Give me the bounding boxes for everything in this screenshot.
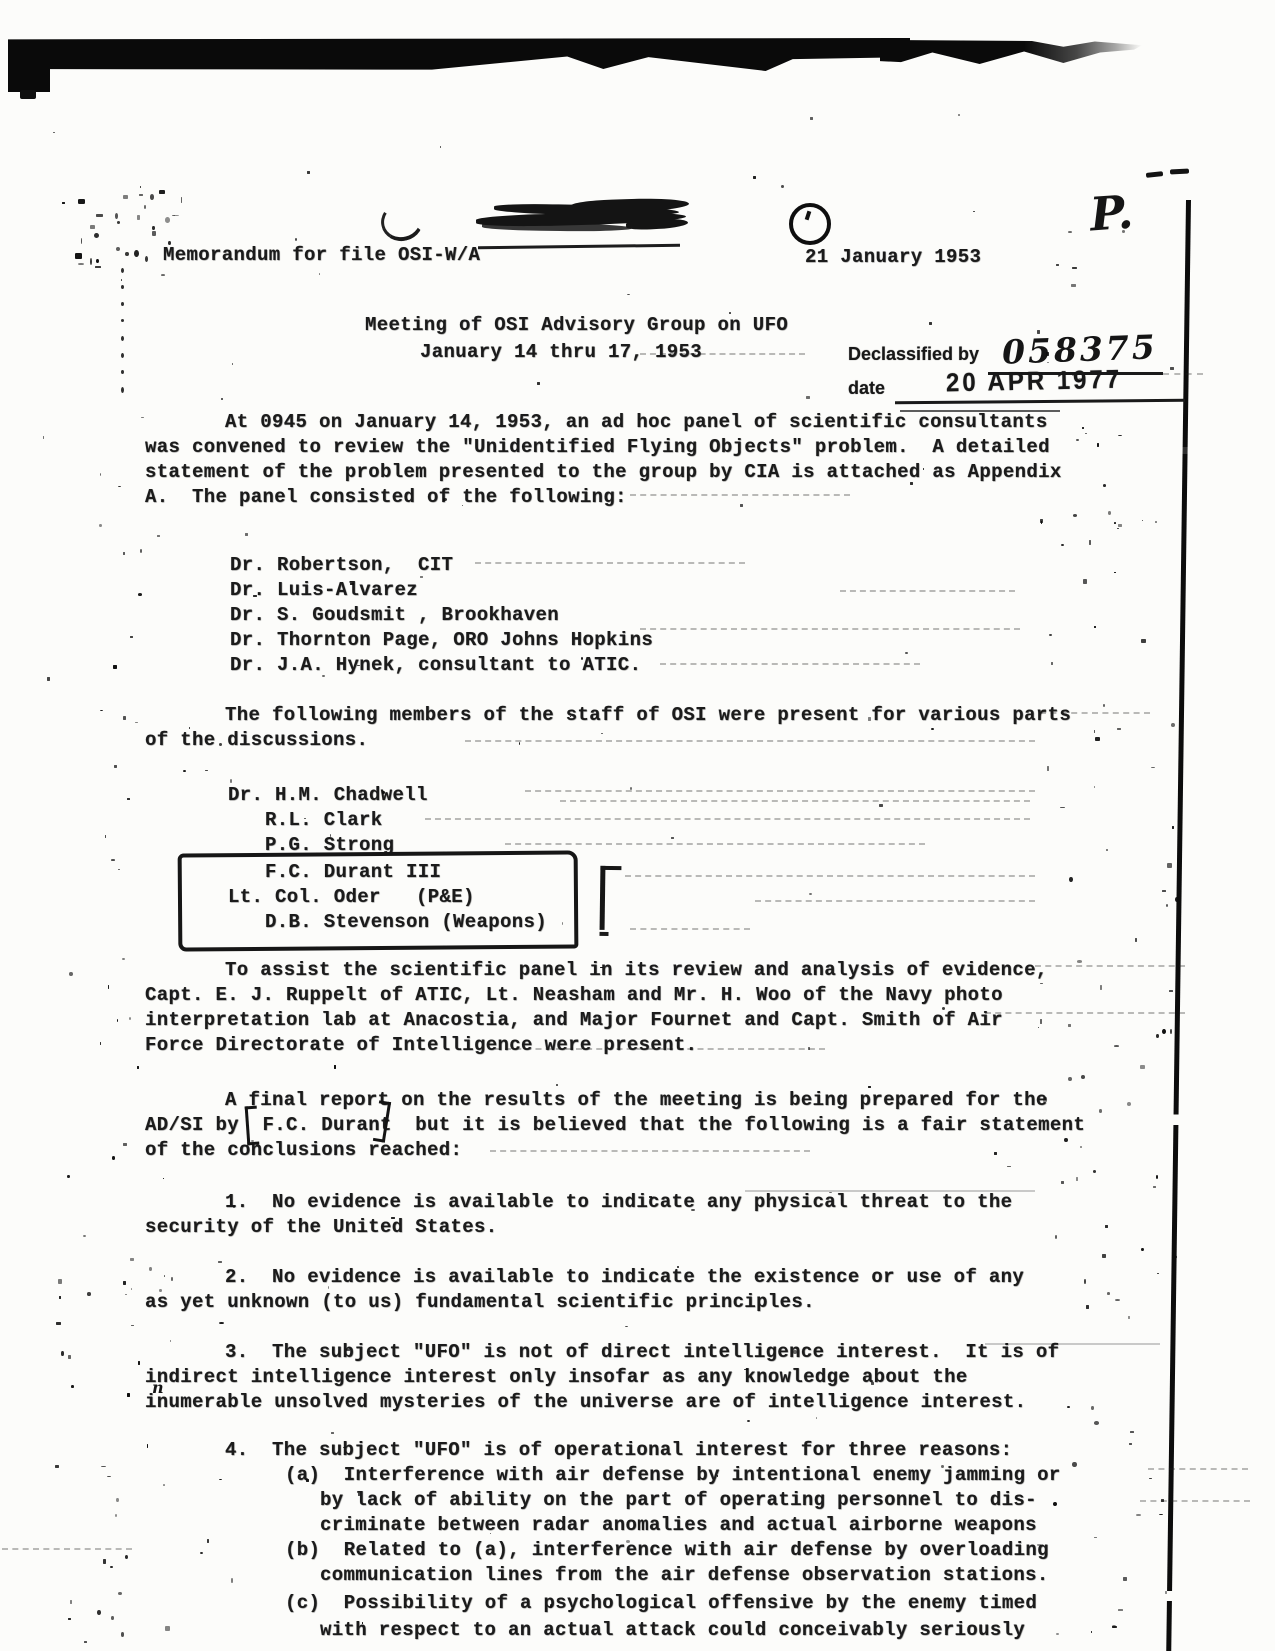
handwritten-page-mark: P. bbox=[1088, 185, 1135, 242]
scan-noise-speck bbox=[152, 226, 155, 230]
scan-noise-speck bbox=[233, 1206, 235, 1208]
scan-noise-speck bbox=[810, 117, 813, 120]
scan-noise-speck bbox=[1056, 264, 1059, 266]
scan-noise-speck bbox=[164, 1275, 165, 1277]
scan-noise-speck bbox=[973, 211, 975, 212]
scan-noise-speck bbox=[1056, 1633, 1059, 1635]
scan-noise-speck bbox=[1117, 728, 1121, 730]
scan-noise-speck bbox=[100, 1042, 101, 1045]
scan-noise-speck bbox=[90, 225, 95, 229]
scan-noise-speck bbox=[1053, 1502, 1057, 1506]
scan-noise-speck bbox=[173, 1017, 175, 1019]
scan-noise-speck bbox=[113, 665, 117, 669]
scan-noise-speck bbox=[94, 233, 99, 238]
scan-noise-speck bbox=[84, 1641, 87, 1643]
scan-noise-speck bbox=[181, 197, 182, 203]
scan-noise-speck bbox=[958, 114, 960, 116]
scan-noise-speck bbox=[173, 215, 179, 216]
scan-noise-speck bbox=[163, 1178, 164, 1179]
panel-member: Dr. Thornton Page, ORO Johns Hopkins bbox=[230, 628, 653, 652]
scan-noise-speck bbox=[122, 958, 125, 960]
scan-noise-speck bbox=[868, 1086, 871, 1088]
scan-noise-speck bbox=[131, 1325, 134, 1326]
scan-noise-speck bbox=[440, 146, 441, 148]
conclusion-4c-line: with respect to an actual attack could c… bbox=[320, 1618, 1025, 1642]
scan-noise-speck bbox=[1162, 890, 1166, 892]
scan-noise-speck bbox=[1094, 786, 1095, 788]
scan-streak bbox=[625, 875, 1035, 877]
scan-artifact-top-bar-taper bbox=[880, 40, 1142, 64]
scan-noise-speck bbox=[1114, 572, 1116, 573]
scan-streak bbox=[1140, 1500, 1250, 1502]
scan-streak bbox=[560, 800, 1030, 802]
conclusion-4c-line: (c) Possibility of a psychological offen… bbox=[285, 1591, 1037, 1615]
scan-noise-speck bbox=[130, 636, 133, 638]
scan-noise-speck bbox=[1103, 484, 1106, 487]
scan-noise-speck bbox=[1141, 1248, 1144, 1251]
assist-line: Capt. E. J. Ruppelt of ATIC, Lt. Neasham… bbox=[145, 983, 1003, 1007]
scan-artifact-top-bar bbox=[8, 38, 910, 71]
pen-dash-mark bbox=[1170, 169, 1189, 175]
scan-noise-speck bbox=[1060, 807, 1065, 808]
scan-noise-speck bbox=[55, 1465, 59, 1468]
staff-intro-line: of the discussions. bbox=[145, 728, 368, 752]
scan-noise-speck bbox=[1083, 579, 1087, 584]
conclusion-1-line: security of the United States. bbox=[145, 1215, 498, 1239]
scan-noise-speck bbox=[200, 1552, 203, 1554]
scan-noise-speck bbox=[140, 186, 141, 188]
scan-noise-speck bbox=[111, 1616, 114, 1620]
scan-noise-speck bbox=[219, 1322, 224, 1324]
scan-noise-speck bbox=[1078, 378, 1082, 382]
scan-noise-speck bbox=[78, 199, 85, 204]
scan-noise-speck bbox=[307, 171, 310, 174]
scan-noise-speck bbox=[1115, 1299, 1120, 1301]
scan-noise-speck bbox=[793, 1350, 797, 1354]
scan-noise-speck bbox=[1127, 1102, 1131, 1106]
scan-noise-speck bbox=[868, 717, 871, 721]
scan-noise-speck bbox=[1094, 626, 1096, 628]
scan-noise-speck bbox=[691, 1209, 695, 1211]
scan-noise-speck bbox=[1046, 352, 1049, 356]
scan-noise-speck bbox=[47, 677, 50, 681]
scan-noise-speck bbox=[129, 1017, 131, 1020]
scan-noise-speck bbox=[219, 1479, 222, 1480]
scan-noise-speck bbox=[1149, 1478, 1152, 1479]
scan-noise-speck bbox=[116, 1498, 119, 1502]
scan-streak bbox=[505, 843, 925, 845]
scan-noise-speck bbox=[1118, 435, 1122, 436]
scan-noise-speck bbox=[144, 205, 146, 209]
scan-noise-speck bbox=[1155, 521, 1157, 523]
scan-noise-speck bbox=[1153, 1186, 1156, 1188]
scan-noise-speck bbox=[125, 1294, 127, 1295]
scan-noise-speck bbox=[806, 396, 810, 399]
scan-streak bbox=[1148, 1468, 1248, 1470]
scan-noise-speck bbox=[1170, 367, 1174, 370]
scan-noise-speck bbox=[103, 1559, 106, 1564]
scan-noise-speck bbox=[1108, 511, 1111, 515]
scan-noise-speck bbox=[601, 733, 603, 734]
scan-noise-speck bbox=[67, 1175, 70, 1178]
scan-noise-speck bbox=[334, 1065, 336, 1069]
scan-noise-speck bbox=[131, 1288, 132, 1290]
scan-noise-speck bbox=[149, 1267, 152, 1271]
scan-noise-speck bbox=[165, 1626, 170, 1631]
staff-member: R.L. Clark bbox=[265, 808, 383, 832]
scan-noise-speck bbox=[231, 1578, 233, 1583]
scan-artifact-corner-blob bbox=[8, 60, 50, 92]
scan-noise-speck bbox=[115, 213, 118, 219]
scan-noise-speck bbox=[121, 1632, 124, 1637]
scan-noise-speck bbox=[69, 972, 73, 976]
intro-line: statement of the problem presented to th… bbox=[145, 460, 1062, 484]
scan-noise-speck bbox=[781, 185, 784, 188]
scan-noise-speck bbox=[1118, 1609, 1123, 1611]
scan-noise-speck bbox=[1156, 1034, 1159, 1038]
scan-noise-speck bbox=[331, 1432, 334, 1434]
scan-noise-speck bbox=[1159, 1514, 1163, 1515]
scan-noise-speck bbox=[671, 837, 674, 839]
scan-noise-speck bbox=[87, 1292, 91, 1296]
assist-line: To assist the scientific panel in its re… bbox=[225, 958, 1048, 982]
conclusion-4a-line: criminate between radar anomalies and ac… bbox=[320, 1513, 1037, 1537]
scan-noise-speck bbox=[59, 1296, 61, 1299]
assist-line: Force Directorate of Intelligence were p… bbox=[145, 1033, 697, 1057]
scan-noise-speck bbox=[171, 1277, 173, 1281]
conclusion-4b-line: (b) Related to (a), interference with ai… bbox=[285, 1538, 1049, 1562]
scan-noise-speck bbox=[140, 549, 142, 553]
scan-noise-speck bbox=[1072, 267, 1077, 269]
scan-noise-speck bbox=[157, 535, 160, 537]
scan-noise-speck bbox=[83, 1235, 86, 1237]
scan-noise-speck bbox=[138, 1361, 140, 1365]
scan-noise-speck bbox=[420, 576, 423, 578]
scribble-underline bbox=[478, 244, 680, 249]
scan-noise-speck bbox=[1067, 1406, 1070, 1408]
scan-noise-speck bbox=[147, 1444, 148, 1448]
scan-noise-speck bbox=[931, 728, 934, 730]
scan-noise-speck bbox=[556, 1084, 558, 1086]
conclusion-2-line: 2. No evidence is available to indicate … bbox=[225, 1265, 1024, 1289]
scan-noise-speck bbox=[1047, 766, 1049, 771]
scan-streak bbox=[475, 562, 745, 564]
scan-noise-speck bbox=[1076, 1177, 1078, 1181]
scan-noise-speck bbox=[163, 1484, 165, 1486]
staff-intro-line: The following members of the staff of OS… bbox=[225, 703, 1071, 727]
scan-noise-speck bbox=[1135, 938, 1137, 942]
handwritten-arc-mark bbox=[377, 197, 427, 245]
scan-noise-speck bbox=[1049, 634, 1052, 636]
scan-noise-speck bbox=[107, 1476, 111, 1477]
scan-noise-speck bbox=[1085, 433, 1087, 434]
scan-noise-speck bbox=[145, 256, 148, 262]
scan-noise-speck bbox=[127, 1393, 130, 1397]
scan-noise-speck bbox=[1061, 1181, 1064, 1184]
scan-noise-speck bbox=[1068, 231, 1072, 233]
conclusion-4a-line: by lack of ability on the part of operat… bbox=[320, 1488, 1037, 1512]
scan-noise-speck bbox=[1093, 1170, 1096, 1173]
scan-noise-speck bbox=[68, 1355, 71, 1359]
scan-noise-speck bbox=[1089, 540, 1091, 545]
scan-streak bbox=[660, 663, 920, 665]
scan-noise-speck bbox=[1061, 544, 1064, 546]
hand-drawn-box bbox=[178, 850, 579, 951]
scan-noise-speck bbox=[1162, 1029, 1166, 1034]
scan-noise-speck bbox=[1094, 1421, 1099, 1425]
intro-line: A. The panel consisted of the following: bbox=[145, 485, 627, 509]
scan-noise-speck bbox=[1099, 1109, 1102, 1113]
scan-noise-speck bbox=[319, 273, 320, 275]
scan-noise-speck bbox=[1175, 897, 1179, 902]
scan-noise-speck bbox=[747, 1420, 750, 1422]
scan-noise-speck bbox=[809, 893, 812, 895]
scan-noise-speck bbox=[677, 1266, 679, 1268]
scan-noise-speck bbox=[1171, 723, 1175, 727]
scan-noise-speck bbox=[871, 1348, 873, 1350]
scan-noise-speck bbox=[111, 859, 115, 861]
scan-noise-speck bbox=[58, 1279, 62, 1284]
scan-noise-speck bbox=[152, 231, 156, 236]
scan-noise-speck bbox=[96, 214, 103, 217]
scan-noise-speck bbox=[1172, 826, 1174, 829]
scan-noise-speck bbox=[1076, 439, 1079, 441]
scan-noise-speck bbox=[753, 176, 756, 179]
scan-noise-speck bbox=[251, 1140, 254, 1142]
staff-member: Dr. H.M. Chadwell bbox=[228, 783, 428, 807]
scan-streak bbox=[630, 928, 750, 930]
scan-noise-speck bbox=[221, 398, 223, 400]
scan-noise-speck bbox=[56, 1322, 61, 1325]
scan-noise-speck bbox=[61, 1351, 64, 1356]
scan-noise-speck bbox=[232, 363, 233, 365]
scan-noise-speck bbox=[127, 798, 130, 800]
scan-noise-speck bbox=[141, 417, 144, 418]
conclusion-4b-line: communication lines from the air defense… bbox=[320, 1563, 1049, 1587]
scan-streak bbox=[465, 740, 1035, 742]
scan-noise-speck bbox=[550, 1604, 552, 1608]
scan-streak bbox=[985, 1343, 1160, 1345]
scan-noise-speck bbox=[100, 710, 103, 711]
scan-noise-speck bbox=[1097, 443, 1099, 447]
scan-noise-speck bbox=[189, 727, 190, 729]
scan-noise-speck bbox=[112, 1156, 115, 1160]
scan-noise-speck bbox=[1118, 524, 1122, 527]
scan-noise-speck bbox=[1068, 1077, 1072, 1081]
scan-noise-speck bbox=[306, 1479, 309, 1482]
scanned-memo-page: P. Memorandum for file OSI-W/A 21 Januar… bbox=[0, 0, 1275, 1651]
scan-noise-speck bbox=[130, 1258, 134, 1261]
scan-noise-speck bbox=[161, 274, 165, 276]
scan-noise-speck bbox=[1114, 522, 1116, 524]
scan-noise-speck bbox=[816, 1417, 817, 1419]
scan-noise-speck bbox=[123, 1143, 127, 1146]
assist-line: interpretation lab at Anacostia, and Maj… bbox=[145, 1008, 1003, 1032]
scan-noise-speck bbox=[137, 215, 140, 220]
scan-noise-dot-column bbox=[121, 387, 124, 393]
redaction-scribble bbox=[476, 199, 694, 241]
scan-streak bbox=[2, 1548, 132, 1550]
scan-noise-speck bbox=[245, 533, 248, 536]
scan-noise-speck bbox=[1040, 983, 1043, 984]
scan-noise-speck bbox=[1068, 1024, 1071, 1027]
scan-streak bbox=[745, 1190, 1035, 1192]
scan-noise-speck bbox=[994, 1152, 997, 1155]
scan-noise-speck bbox=[99, 524, 102, 527]
scan-noise-speck bbox=[1170, 1029, 1172, 1034]
scan-noise-speck bbox=[1157, 1273, 1159, 1274]
scan-noise-speck bbox=[70, 1600, 72, 1604]
scan-noise-speck bbox=[1166, 904, 1168, 907]
panel-member: Dr. S. Goudsmit , Brookhaven bbox=[230, 603, 559, 627]
scan-noise-speck bbox=[1114, 1045, 1119, 1047]
scan-noise-speck bbox=[125, 252, 129, 256]
scan-noise-dot-column bbox=[121, 268, 124, 273]
scan-noise-speck bbox=[627, 294, 630, 295]
scan-noise-speck bbox=[1051, 662, 1053, 665]
scan-noise-speck bbox=[357, 665, 360, 666]
hand-drawn-bracket bbox=[600, 866, 622, 930]
scan-noise-speck bbox=[1141, 639, 1146, 643]
scan-noise-speck bbox=[1117, 528, 1119, 529]
scan-streak bbox=[1040, 712, 1150, 714]
doc-title-line-2: January 14 thru 17, 1953 bbox=[420, 340, 702, 364]
scan-noise-speck bbox=[1165, 1591, 1167, 1594]
scan-streak bbox=[640, 628, 1020, 630]
scan-noise-speck bbox=[165, 217, 170, 223]
scan-noise-speck bbox=[121, 279, 122, 281]
conclusion-4-head: 4. The subject "UFO" is of operational i… bbox=[225, 1438, 1012, 1462]
scan-noise-speck bbox=[1172, 1255, 1177, 1259]
scan-noise-speck bbox=[626, 1540, 630, 1543]
scan-noise-speck bbox=[123, 1281, 126, 1285]
scan-noise-speck bbox=[205, 770, 208, 771]
scan-noise-speck bbox=[68, 1618, 71, 1620]
scan-noise-speck bbox=[929, 322, 932, 325]
scan-noise-speck bbox=[114, 765, 117, 768]
report-line: A final report on the results of the mee… bbox=[225, 1088, 1048, 1112]
scan-noise-speck bbox=[117, 1019, 118, 1022]
scan-noise-speck bbox=[116, 247, 120, 251]
panel-member: Dr. Luis-Alvarez bbox=[230, 578, 418, 602]
scan-noise-speck bbox=[1128, 1316, 1130, 1319]
report-line: of the conclusions reached: bbox=[145, 1138, 462, 1162]
pen-dash-mark bbox=[1146, 171, 1163, 178]
panel-member: Dr. Robertson, CIT bbox=[230, 553, 453, 577]
scan-noise-speck bbox=[1071, 284, 1076, 287]
scan-noise-speck bbox=[183, 770, 186, 772]
scan-noise-speck bbox=[253, 595, 257, 597]
intro-line: was convened to review the "Unidentified… bbox=[145, 435, 1050, 459]
scan-noise-speck bbox=[1095, 737, 1100, 741]
scan-noise-speck bbox=[581, 657, 583, 660]
scan-noise-speck bbox=[125, 1555, 128, 1559]
panel-member: Dr. J.A. Hynek, consultant to ATIC. bbox=[230, 653, 641, 677]
declassified-by-label: Declassified by bbox=[848, 344, 979, 365]
scan-streak bbox=[525, 790, 1035, 792]
scan-noise-dot-column bbox=[121, 353, 124, 358]
scan-noise-speck bbox=[53, 132, 55, 133]
scan-noise-speck bbox=[139, 194, 143, 196]
scan-noise-speck bbox=[1091, 1406, 1094, 1410]
scan-noise-speck bbox=[1064, 1138, 1068, 1142]
scan-noise-speck bbox=[1081, 1075, 1085, 1079]
report-line: AD/SI by F.C. Durant but it is believed … bbox=[145, 1113, 1085, 1137]
scan-streak bbox=[490, 1150, 810, 1152]
conclusion-3-line: inumerable unsolved mysteries of the uni… bbox=[145, 1390, 1026, 1414]
scan-noise-speck bbox=[346, 1349, 350, 1351]
scan-noise-speck bbox=[1094, 1537, 1097, 1538]
scan-noise-speck bbox=[97, 1610, 101, 1615]
intro-line: At 0945 on January 14, 1953, an ad hoc p… bbox=[225, 410, 1048, 434]
scan-noise-speck bbox=[123, 195, 128, 199]
scan-streak bbox=[985, 1012, 1185, 1014]
scan-noise-speck bbox=[1156, 1175, 1158, 1179]
scan-noise-speck bbox=[1105, 1225, 1108, 1228]
scan-noise-speck bbox=[1151, 767, 1155, 768]
scan-noise-speck bbox=[519, 742, 520, 745]
scan-noise-speck bbox=[1094, 730, 1095, 733]
scan-noise-speck bbox=[1069, 877, 1073, 882]
scan-noise-speck bbox=[138, 593, 142, 596]
scan-noise-speck bbox=[1103, 704, 1105, 707]
scan-noise-speck bbox=[1106, 849, 1108, 851]
scan-noise-speck bbox=[207, 1539, 209, 1543]
scan-noise-speck bbox=[71, 1385, 74, 1388]
scan-noise-speck bbox=[118, 486, 121, 487]
scan-noise-speck bbox=[1102, 1254, 1106, 1258]
scan-noise-speck bbox=[100, 473, 101, 476]
scan-noise-speck bbox=[43, 436, 44, 439]
scan-noise-speck bbox=[1038, 1027, 1039, 1028]
scan-streak bbox=[425, 818, 1030, 820]
scan-noise-speck bbox=[1077, 960, 1082, 963]
scan-noise-speck bbox=[1080, 1146, 1082, 1148]
scan-noise-speck bbox=[1086, 1305, 1089, 1309]
memo-date: 21 January 1953 bbox=[805, 245, 981, 269]
hole-punch-circle bbox=[789, 203, 831, 245]
date-label: date bbox=[848, 378, 885, 399]
scan-noise-speck bbox=[1130, 1431, 1134, 1433]
scan-noise-speck bbox=[1043, 1097, 1047, 1102]
scan-noise-speck bbox=[118, 869, 120, 870]
scan-noise-speck bbox=[1073, 514, 1077, 517]
scan-noise-dot-column bbox=[121, 319, 124, 322]
scan-noise-speck bbox=[1179, 751, 1183, 753]
scan-noise-speck bbox=[135, 722, 138, 723]
scan-noise-speck bbox=[1107, 1292, 1110, 1295]
scan-noise-speck bbox=[905, 652, 908, 654]
scan-noise-speck bbox=[1123, 1577, 1127, 1581]
scan-noise-speck bbox=[115, 1514, 117, 1517]
scan-noise-speck bbox=[108, 985, 109, 989]
scan-noise-speck bbox=[218, 1261, 222, 1263]
scan-streak bbox=[495, 1048, 825, 1050]
scan-noise-speck bbox=[1100, 985, 1102, 990]
scan-noise-speck bbox=[1129, 1443, 1132, 1445]
scan-noise-speck bbox=[630, 787, 632, 790]
scan-noise-speck bbox=[649, 1196, 652, 1198]
memo-header-line: Memorandum for file OSI-W/A bbox=[163, 243, 480, 267]
scan-noise-dot-column bbox=[121, 302, 124, 306]
scan-noise-speck bbox=[1072, 1462, 1077, 1467]
scan-noise-speck bbox=[78, 263, 84, 265]
scan-noise-speck bbox=[96, 259, 99, 263]
conclusion-3-line: 3. The subject "UFO" is not of direct in… bbox=[225, 1340, 1059, 1364]
handwritten-insert-n: n bbox=[152, 1378, 164, 1397]
scan-noise-speck bbox=[110, 1566, 113, 1568]
scan-noise-speck bbox=[537, 382, 540, 385]
